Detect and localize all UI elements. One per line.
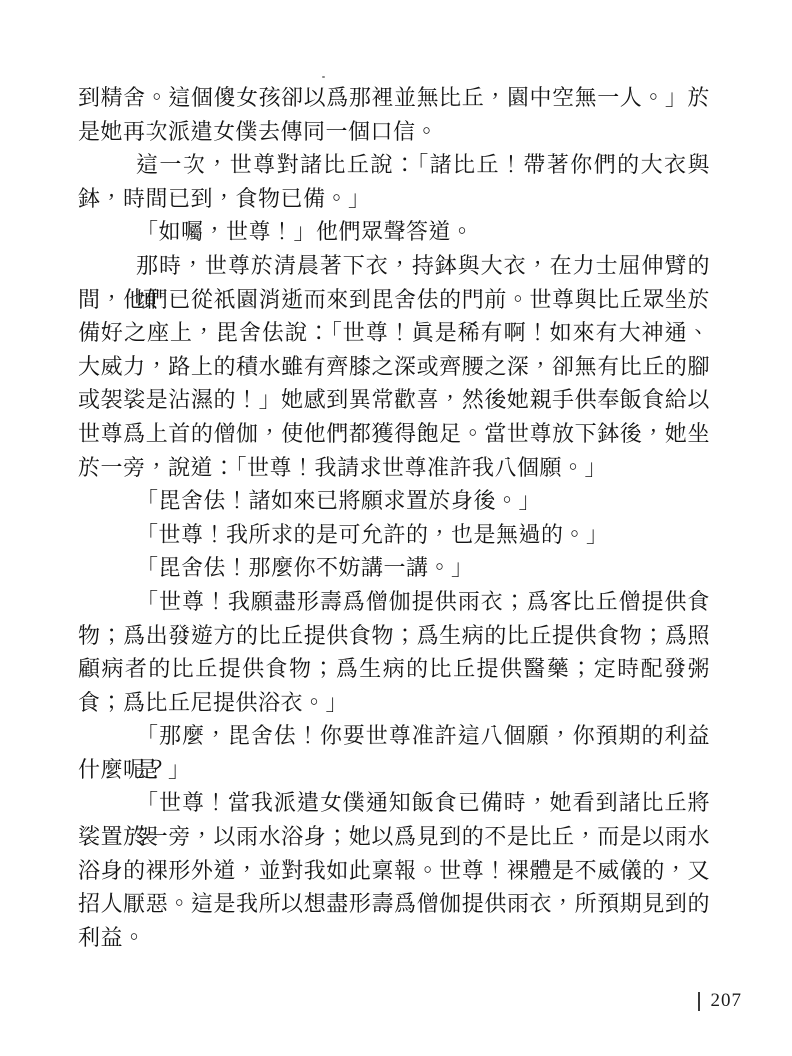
text-line: 或袈裟是沾濕的！」她感到異常歡喜，然後她親手供奉飯食給以: [78, 383, 710, 417]
page-number: 207: [711, 990, 743, 1012]
folio-divider: [698, 992, 700, 1011]
text-line: 浴身的裸形外道，並對我如此稟報。世尊！裸體是不威儀的，又: [78, 854, 710, 888]
text-line: 「世尊！我願盡形壽爲僧伽提供雨衣；爲客比丘僧提供食: [78, 585, 710, 619]
scan-speck: [322, 76, 325, 78]
text-line: 「毘舍佉！諸如來已將願求置於身後。」: [78, 484, 710, 518]
text-line: 大威力，路上的積水雖有齊膝之深或齊腰之深，卻無有比丘的腳: [78, 350, 710, 384]
text-line: 間，他們已從祇園消逝而來到毘舍佉的門前。世尊與比丘眾坐於: [78, 283, 710, 317]
book-page: 到精舍。這個傻女孩卻以爲那裡並無比丘，園中空無一人。」於是她再次派遣女僕去傳同一…: [0, 0, 792, 1056]
text-line: 利益。: [78, 921, 710, 955]
text-line: 這一次，世尊對諸比丘說：「諸比丘！帶著你們的大衣與: [78, 148, 710, 182]
text-line: 招人厭惡。這是我所以想盡形壽爲僧伽提供雨衣，所預期見到的: [78, 887, 710, 921]
page-footer: 207: [698, 989, 742, 1013]
text-line: 裟置於一旁，以雨水浴身；她以爲見到的不是比丘，而是以雨水: [78, 820, 710, 854]
text-line: 「毘舍佉！那麼你不妨講一講。」: [78, 551, 710, 585]
text-line: 物；爲出發遊方的比丘提供食物；爲生病的比丘提供食物；爲照: [78, 619, 710, 653]
text-line: 「世尊！當我派遣女僕通知飯食已備時，她看到諸比丘將袈: [78, 786, 710, 820]
text-line: 那時，世尊於清晨著下衣，持鉢與大衣，在力士屈伸臂的頃: [78, 249, 710, 283]
text-line: 鉢，時間已到，食物已備。」: [78, 182, 710, 216]
text-line: 食；爲比丘尼提供浴衣。」: [78, 686, 710, 720]
text-line: 顧病者的比丘提供食物；爲生病的比丘提供醫藥；定時配發粥: [78, 652, 710, 686]
text-line: 於一旁，說道：「世尊！我請求世尊准許我八個願。」: [78, 451, 710, 485]
text-line: 什麼呢？」: [78, 753, 710, 787]
text-line: 世尊爲上首的僧伽，使他們都獲得飽足。當世尊放下鉢後，她坐: [78, 417, 710, 451]
text-line: 到精舍。這個傻女孩卻以爲那裡並無比丘，園中空無一人。」於: [78, 81, 710, 115]
text-line: 「世尊！我所求的是可允許的，也是無過的。」: [78, 518, 710, 552]
text-line: 「那麼，毘舍佉！你要世尊准許這八個願，你預期的利益是: [78, 719, 710, 753]
body-text: 到精舍。這個傻女孩卻以爲那裡並無比丘，園中空無一人。」於是她再次派遣女僕去傳同一…: [78, 81, 710, 954]
text-line: 備好之座上，毘舍佉說：「世尊！眞是稀有啊！如來有大神通、: [78, 316, 710, 350]
text-line: 「如囑，世尊！」他們眾聲答道。: [78, 215, 710, 249]
text-line: 是她再次派遣女僕去傳同一個口信。: [78, 115, 710, 149]
